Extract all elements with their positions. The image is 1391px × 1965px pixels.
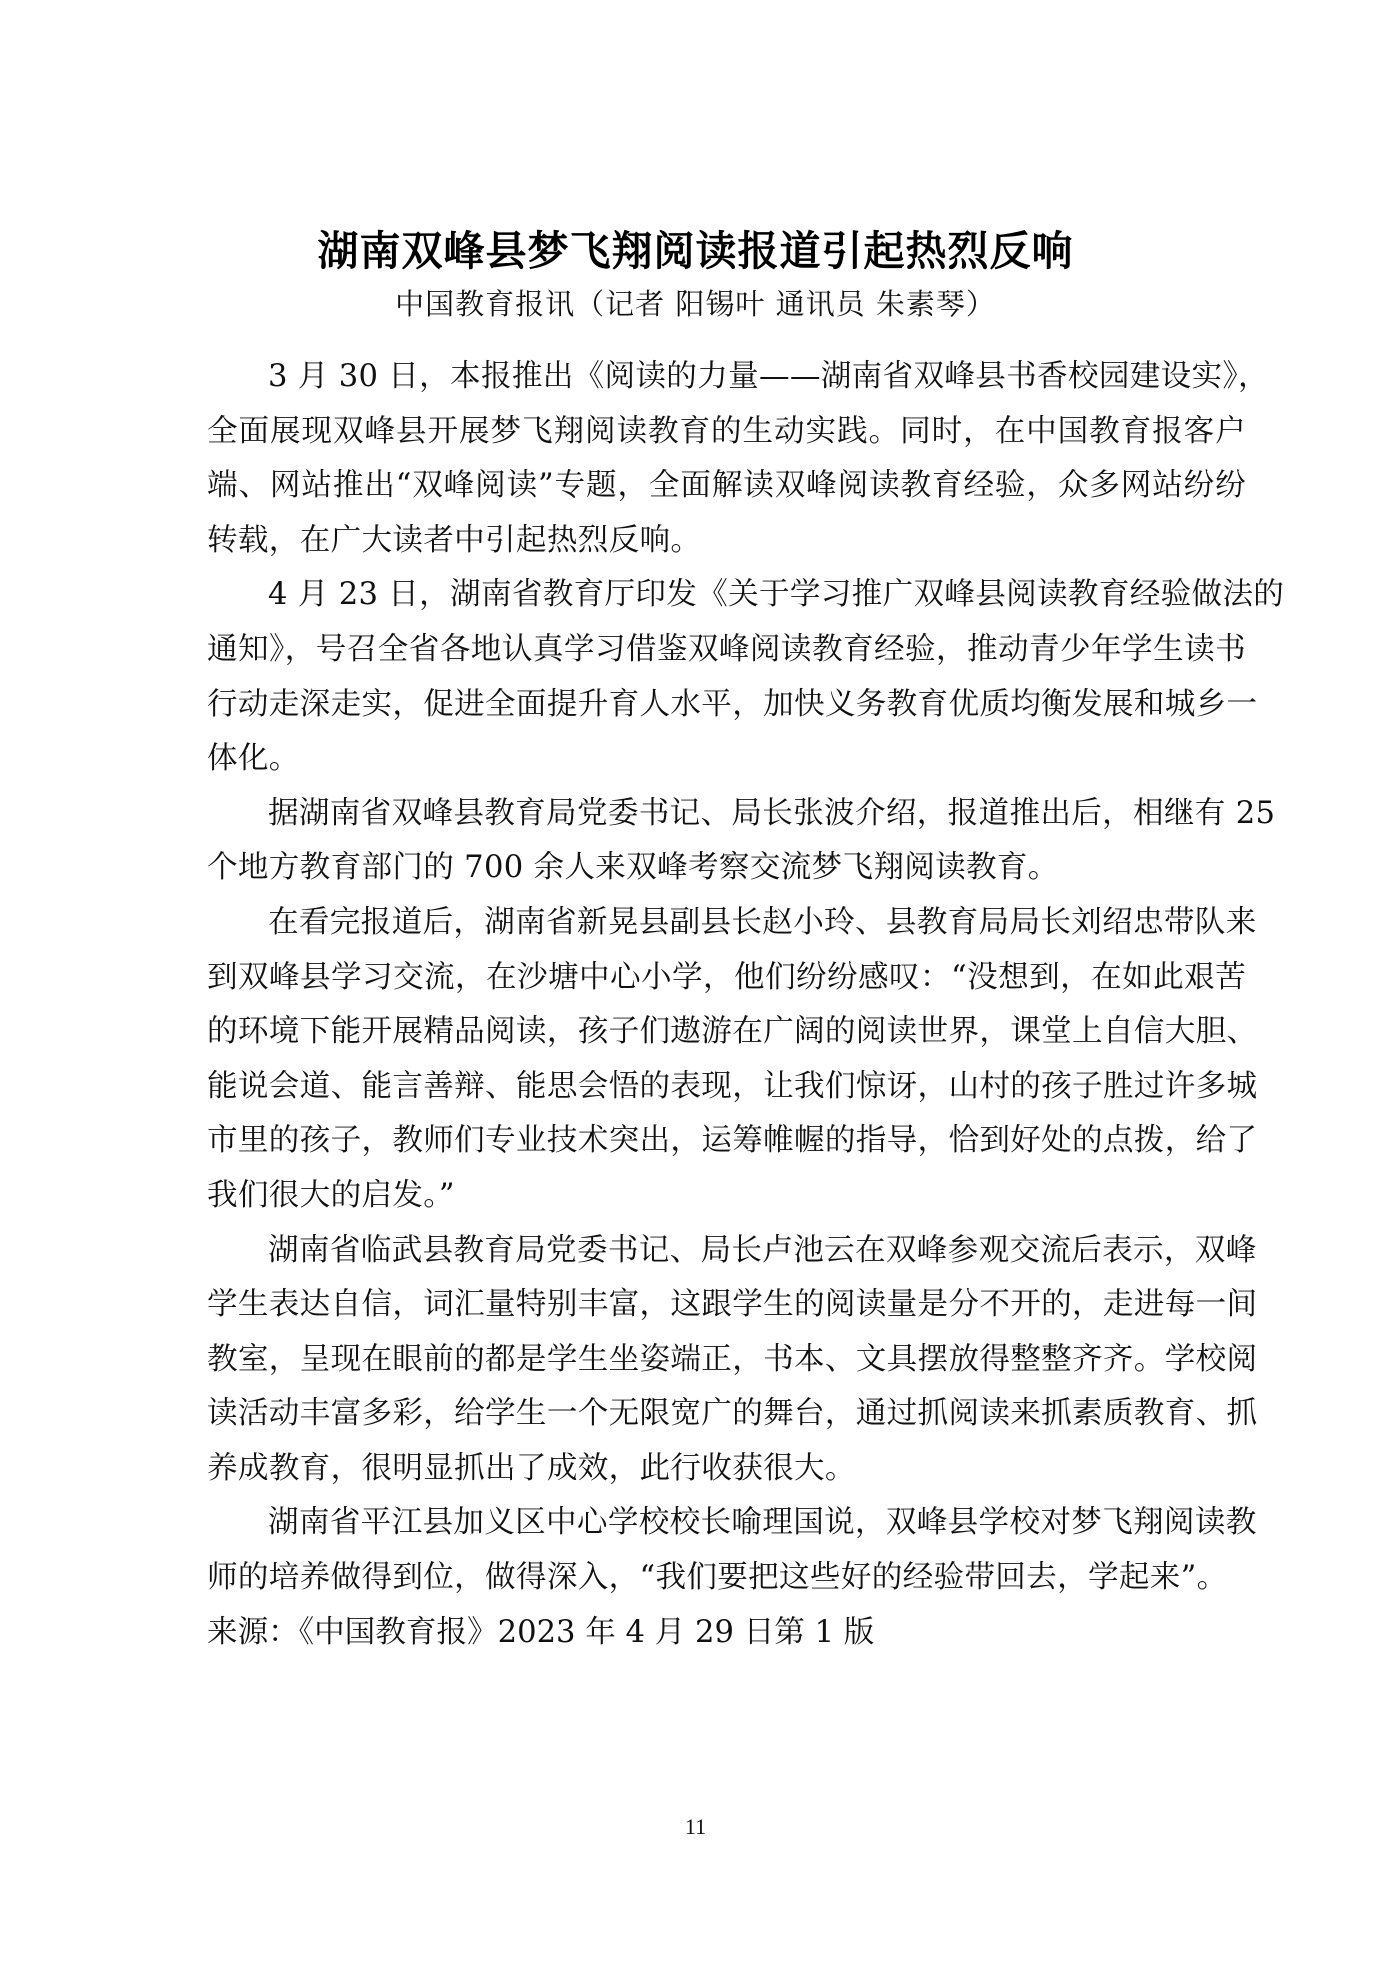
text-line: 学生表达自信，词汇量特别丰富，这跟学生的阅读量是分不开的，走进每一间 (146, 1278, 1246, 1333)
text-line: 养成教育，很明显抓出了成效，此行收获很大。 (146, 1442, 1246, 1497)
text-line: 在看完报道后，湖南省新晃县副县长赵小玲、县教育局局长刘绍忠带队来 (146, 896, 1246, 951)
text-line: 全面展现双峰县开展梦飞翔阅读教育的生动实践。同时，在中国教育报客户 (146, 405, 1246, 460)
paragraph: 在看完报道后，湖南省新晃县副县长赵小玲、县教育局局长刘绍忠带队来 到双峰县学习交… (146, 896, 1246, 1224)
text-line: 市里的孩子，教师们专业技术突出，运筹帷幄的指导，恰到好处的点拨，给了 (146, 1114, 1246, 1169)
text-line: 师的培养做得到位，做得深入，“我们要把这些好的经验带回去，学起来”。 (146, 1551, 1246, 1606)
article-byline: 中国教育报讯（记者 阳锡叶 通讯员 朱素琴） (0, 284, 1391, 324)
text-line: 湖南省临武县教育局党委书记、局长卢池云在双峰参观交流后表示，双峰 (146, 1224, 1246, 1279)
text-line: 的环境下能开展精品阅读，孩子们遨游在广阔的阅读世界，课堂上自信大胆、 (146, 1005, 1246, 1060)
text-line: 体化。 (146, 732, 1246, 787)
source-citation: 来源：《中国教育报》2023 年 4 月 29 日第 1 版 (146, 1606, 1246, 1661)
text-line: 湖南省平江县加义区中心学校校长喻理国说，双峰县学校对梦飞翔阅读教 (146, 1496, 1246, 1551)
paragraph: 湖南省临武县教育局党委书记、局长卢池云在双峰参观交流后表示，双峰 学生表达自信，… (146, 1224, 1246, 1497)
text-line: 教室，呈现在眼前的都是学生坐姿端正，书本、文具摆放得整整齐齐。学校阅 (146, 1333, 1246, 1388)
text-line: 到双峰县学习交流，在沙塘中心小学，他们纷纷感叹：“没想到，在如此艰苦 (146, 951, 1246, 1006)
text-line: 我们很大的启发。” (146, 1169, 1246, 1224)
paragraph: 据湖南省双峰县教育局党委书记、局长张波介绍，报道推出后，相继有 25 个地方教育… (146, 787, 1246, 896)
text-line: 通知》，号召全省各地认真学习借鉴双峰阅读教育经验，推动青少年学生读书 (146, 623, 1246, 678)
text-line: 4 月 23 日，湖南省教育厅印发《关于学习推广双峰县阅读教育经验做法的 (146, 568, 1246, 623)
text-line: 3 月 30 日，本报推出《阅读的力量——湖南省双峰县书香校园建设实》， (146, 350, 1246, 405)
page-number: 11 (0, 1812, 1391, 1842)
document-page: 湖南双峰县梦飞翔阅读报道引起热烈反响 中国教育报讯（记者 阳锡叶 通讯员 朱素琴… (0, 0, 1391, 1965)
paragraph: 3 月 30 日，本报推出《阅读的力量——湖南省双峰县书香校园建设实》， 全面展… (146, 350, 1246, 568)
paragraph: 4 月 23 日，湖南省教育厅印发《关于学习推广双峰县阅读教育经验做法的 通知》… (146, 568, 1246, 786)
article-body: 3 月 30 日，本报推出《阅读的力量——湖南省双峰县书香校园建设实》， 全面展… (146, 350, 1246, 1660)
article-title: 湖南双峰县梦飞翔阅读报道引起热烈反响 (0, 223, 1391, 279)
text-line: 行动走深走实，促进全面提升育人水平，加快义务教育优质均衡发展和城乡一 (146, 678, 1246, 733)
paragraph: 湖南省平江县加义区中心学校校长喻理国说，双峰县学校对梦飞翔阅读教 师的培养做得到… (146, 1496, 1246, 1605)
text-line: 端、网站推出“双峰阅读”专题，全面解读双峰阅读教育经验，众多网站纷纷 (146, 459, 1246, 514)
text-line: 据湖南省双峰县教育局党委书记、局长张波介绍，报道推出后，相继有 25 (146, 787, 1246, 842)
text-line: 个地方教育部门的 700 余人来双峰考察交流梦飞翔阅读教育。 (146, 841, 1246, 896)
text-line: 转载，在广大读者中引起热烈反响。 (146, 514, 1246, 569)
text-line: 读活动丰富多彩，给学生一个无限宽广的舞台，通过抓阅读来抓素质教育、抓 (146, 1387, 1246, 1442)
text-line: 能说会道、能言善辩、能思会悟的表现，让我们惊讶，山村的孩子胜过许多城 (146, 1060, 1246, 1115)
